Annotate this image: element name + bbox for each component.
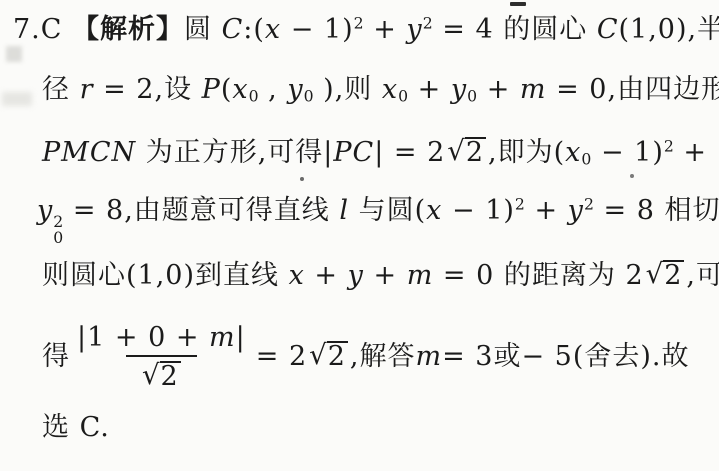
text-run: y — [37, 195, 53, 226]
sqrt-expression: √2 — [142, 361, 181, 393]
subscript: 0 — [53, 230, 63, 246]
text-run: 由四边形 — [617, 74, 719, 105]
text-run: 到直线 — [195, 260, 289, 291]
text-run: 则 — [344, 74, 382, 105]
text-run: C. — [80, 412, 110, 443]
text-run: 可 — [696, 260, 719, 291]
text-run: | — [323, 137, 333, 168]
text-run: y — [287, 74, 303, 105]
text-run: = 2, — [94, 74, 165, 105]
text-line: y20 = 8,由题意可得直线 l 与圆(x − 1)2 + y2 = 8 相切… — [37, 195, 719, 247]
text-line: 7.C 【解析】圆 C:(x − 1)2 + y2 = 4 的圆心 C(1,0)… — [13, 14, 719, 46]
text-run: 舍去 — [584, 341, 640, 373]
text-run: + — [408, 74, 451, 105]
text-run: ( — [221, 74, 233, 105]
text-run: , — [686, 260, 696, 291]
text-run: 得 — [42, 341, 70, 373]
radicand: 2 — [465, 137, 486, 167]
text-run: 解答 — [359, 341, 415, 373]
text-run: 则圆心 — [42, 260, 126, 291]
text-run: | — [236, 322, 246, 353]
text-run: y — [451, 74, 467, 105]
sup-sub-stack: 20 — [53, 214, 63, 247]
radical-icon: √ — [646, 258, 664, 291]
text-line: 得|1 + 0 + m|√2 = 2√2,解答 m = 3 或 − 5(舍去).… — [42, 320, 690, 394]
text-run: , — [488, 137, 498, 168]
text-run: 0 — [304, 86, 314, 105]
radical-icon: √ — [309, 339, 327, 372]
scan-artifact — [2, 92, 32, 106]
text-run: x — [232, 74, 248, 105]
text-run: + — [364, 260, 407, 291]
text-run: 2 — [664, 136, 674, 155]
text-run: C — [222, 14, 244, 45]
text-run: 2 — [515, 194, 525, 213]
text-line: 选 C. — [42, 412, 110, 444]
text-run: ( — [554, 137, 566, 168]
text-line: PMCN 为正方形,可得|PC| = 2√2,即为(x0 − 1)2 + — [42, 136, 707, 169]
text-run: + — [364, 14, 407, 45]
text-run: x — [265, 14, 281, 45]
text-run: , — [350, 341, 360, 373]
text-run: 0 — [467, 86, 477, 105]
fraction: |1 + 0 + m|√2 — [73, 322, 250, 393]
text-run: = 8 — [594, 195, 665, 226]
text-run: C — [597, 14, 619, 45]
radicand: 2 — [160, 361, 181, 391]
text-run: ). — [640, 341, 661, 373]
text-run: = 0 — [433, 260, 504, 291]
text-run: 2 — [625, 260, 643, 291]
text-run: x — [426, 195, 442, 226]
text-run: − 1) — [281, 14, 354, 45]
text-run: x — [289, 260, 305, 291]
text-run: 选 — [42, 412, 80, 443]
text-run: = 0, — [547, 74, 618, 105]
text-run: 2 — [584, 194, 594, 213]
text-run: 7.C — [13, 14, 72, 45]
text-run: − 5( — [521, 341, 584, 373]
text-run: 径 — [42, 74, 80, 105]
text-run: 为正方形,可得 — [136, 137, 323, 168]
text-run: m — [209, 322, 236, 353]
text-run: + — [477, 74, 520, 105]
text-run: 即为 — [498, 137, 554, 168]
text-run: ( — [415, 195, 427, 226]
text-run: 的距离为 — [504, 260, 626, 291]
text-run: 2 — [423, 13, 433, 32]
text-run: , — [259, 74, 288, 105]
text-run: 的圆心 — [503, 14, 597, 45]
text-run: r — [80, 74, 94, 105]
scan-artifact — [510, 2, 526, 6]
text-run: 相切, — [664, 195, 719, 226]
text-run: − 1) — [591, 137, 664, 168]
scan-artifact — [300, 177, 304, 181]
text-run: 或 — [493, 341, 521, 373]
text-run: m — [520, 74, 547, 105]
text-run: PMCN — [42, 137, 136, 168]
text-run: ), — [314, 74, 345, 105]
text-run: + — [305, 260, 348, 291]
text-run: = 2 — [256, 341, 307, 373]
text-run: (1,0), — [618, 14, 697, 45]
text-run: 0 — [398, 86, 408, 105]
fraction-numerator: |1 + 0 + m| — [73, 322, 250, 355]
text-run: y — [406, 14, 422, 45]
text-run: 半 — [697, 14, 719, 45]
text-line: 径 r = 2,设 P(x0 , y0 ),则 x0 + y0 + m = 0,… — [42, 74, 719, 106]
text-run: 0 — [249, 86, 259, 105]
scan-artifact — [630, 174, 634, 178]
text-run: = 3 — [442, 341, 493, 373]
sqrt-expression: √2 — [447, 136, 486, 169]
text-run: y — [348, 260, 364, 291]
text-run: P — [202, 74, 221, 105]
text-run: PC — [333, 137, 374, 168]
text-run: 2 — [354, 13, 364, 32]
text-run: = 8, — [63, 195, 134, 226]
document-page: 7.C 【解析】圆 C:(x − 1)2 + y2 = 4 的圆心 C(1,0)… — [0, 0, 719, 471]
text-run: | = 2 — [374, 137, 445, 168]
text-run: :( — [243, 14, 265, 45]
radicand: 2 — [327, 341, 348, 371]
text-run: 设 — [164, 74, 202, 105]
text-run: − 1) — [442, 195, 515, 226]
text-run: + — [674, 137, 707, 168]
text-run: 由题意可得直线 — [134, 195, 340, 226]
text-run: 圆 — [184, 14, 222, 45]
scan-artifact — [6, 46, 22, 62]
text-run: |1 + 0 + — [77, 322, 209, 353]
radical-icon: √ — [447, 135, 465, 168]
text-run: x — [565, 137, 581, 168]
text-run: m — [415, 341, 442, 373]
text-run: 0 — [581, 149, 591, 168]
text-run: y — [568, 195, 584, 226]
fraction-denominator: √2 — [126, 355, 197, 393]
text-run: 故 — [662, 341, 690, 373]
text-run: (1,0) — [126, 260, 195, 291]
sqrt-expression: √2 — [646, 259, 685, 292]
radicand: 2 — [663, 260, 684, 290]
text-run: = 4 — [433, 14, 504, 45]
text-run: x — [382, 74, 398, 105]
text-run: m — [407, 260, 434, 291]
text-line: 则圆心(1,0)到直线 x + y + m = 0 的距离为 2√2,可 — [42, 259, 719, 292]
text-run: + — [525, 195, 568, 226]
sqrt-expression: √2 — [309, 340, 348, 373]
text-run: 【解析】 — [72, 14, 184, 45]
text-run: 与圆 — [349, 195, 415, 226]
text-run: l — [339, 195, 349, 226]
radical-icon: √ — [142, 360, 160, 392]
